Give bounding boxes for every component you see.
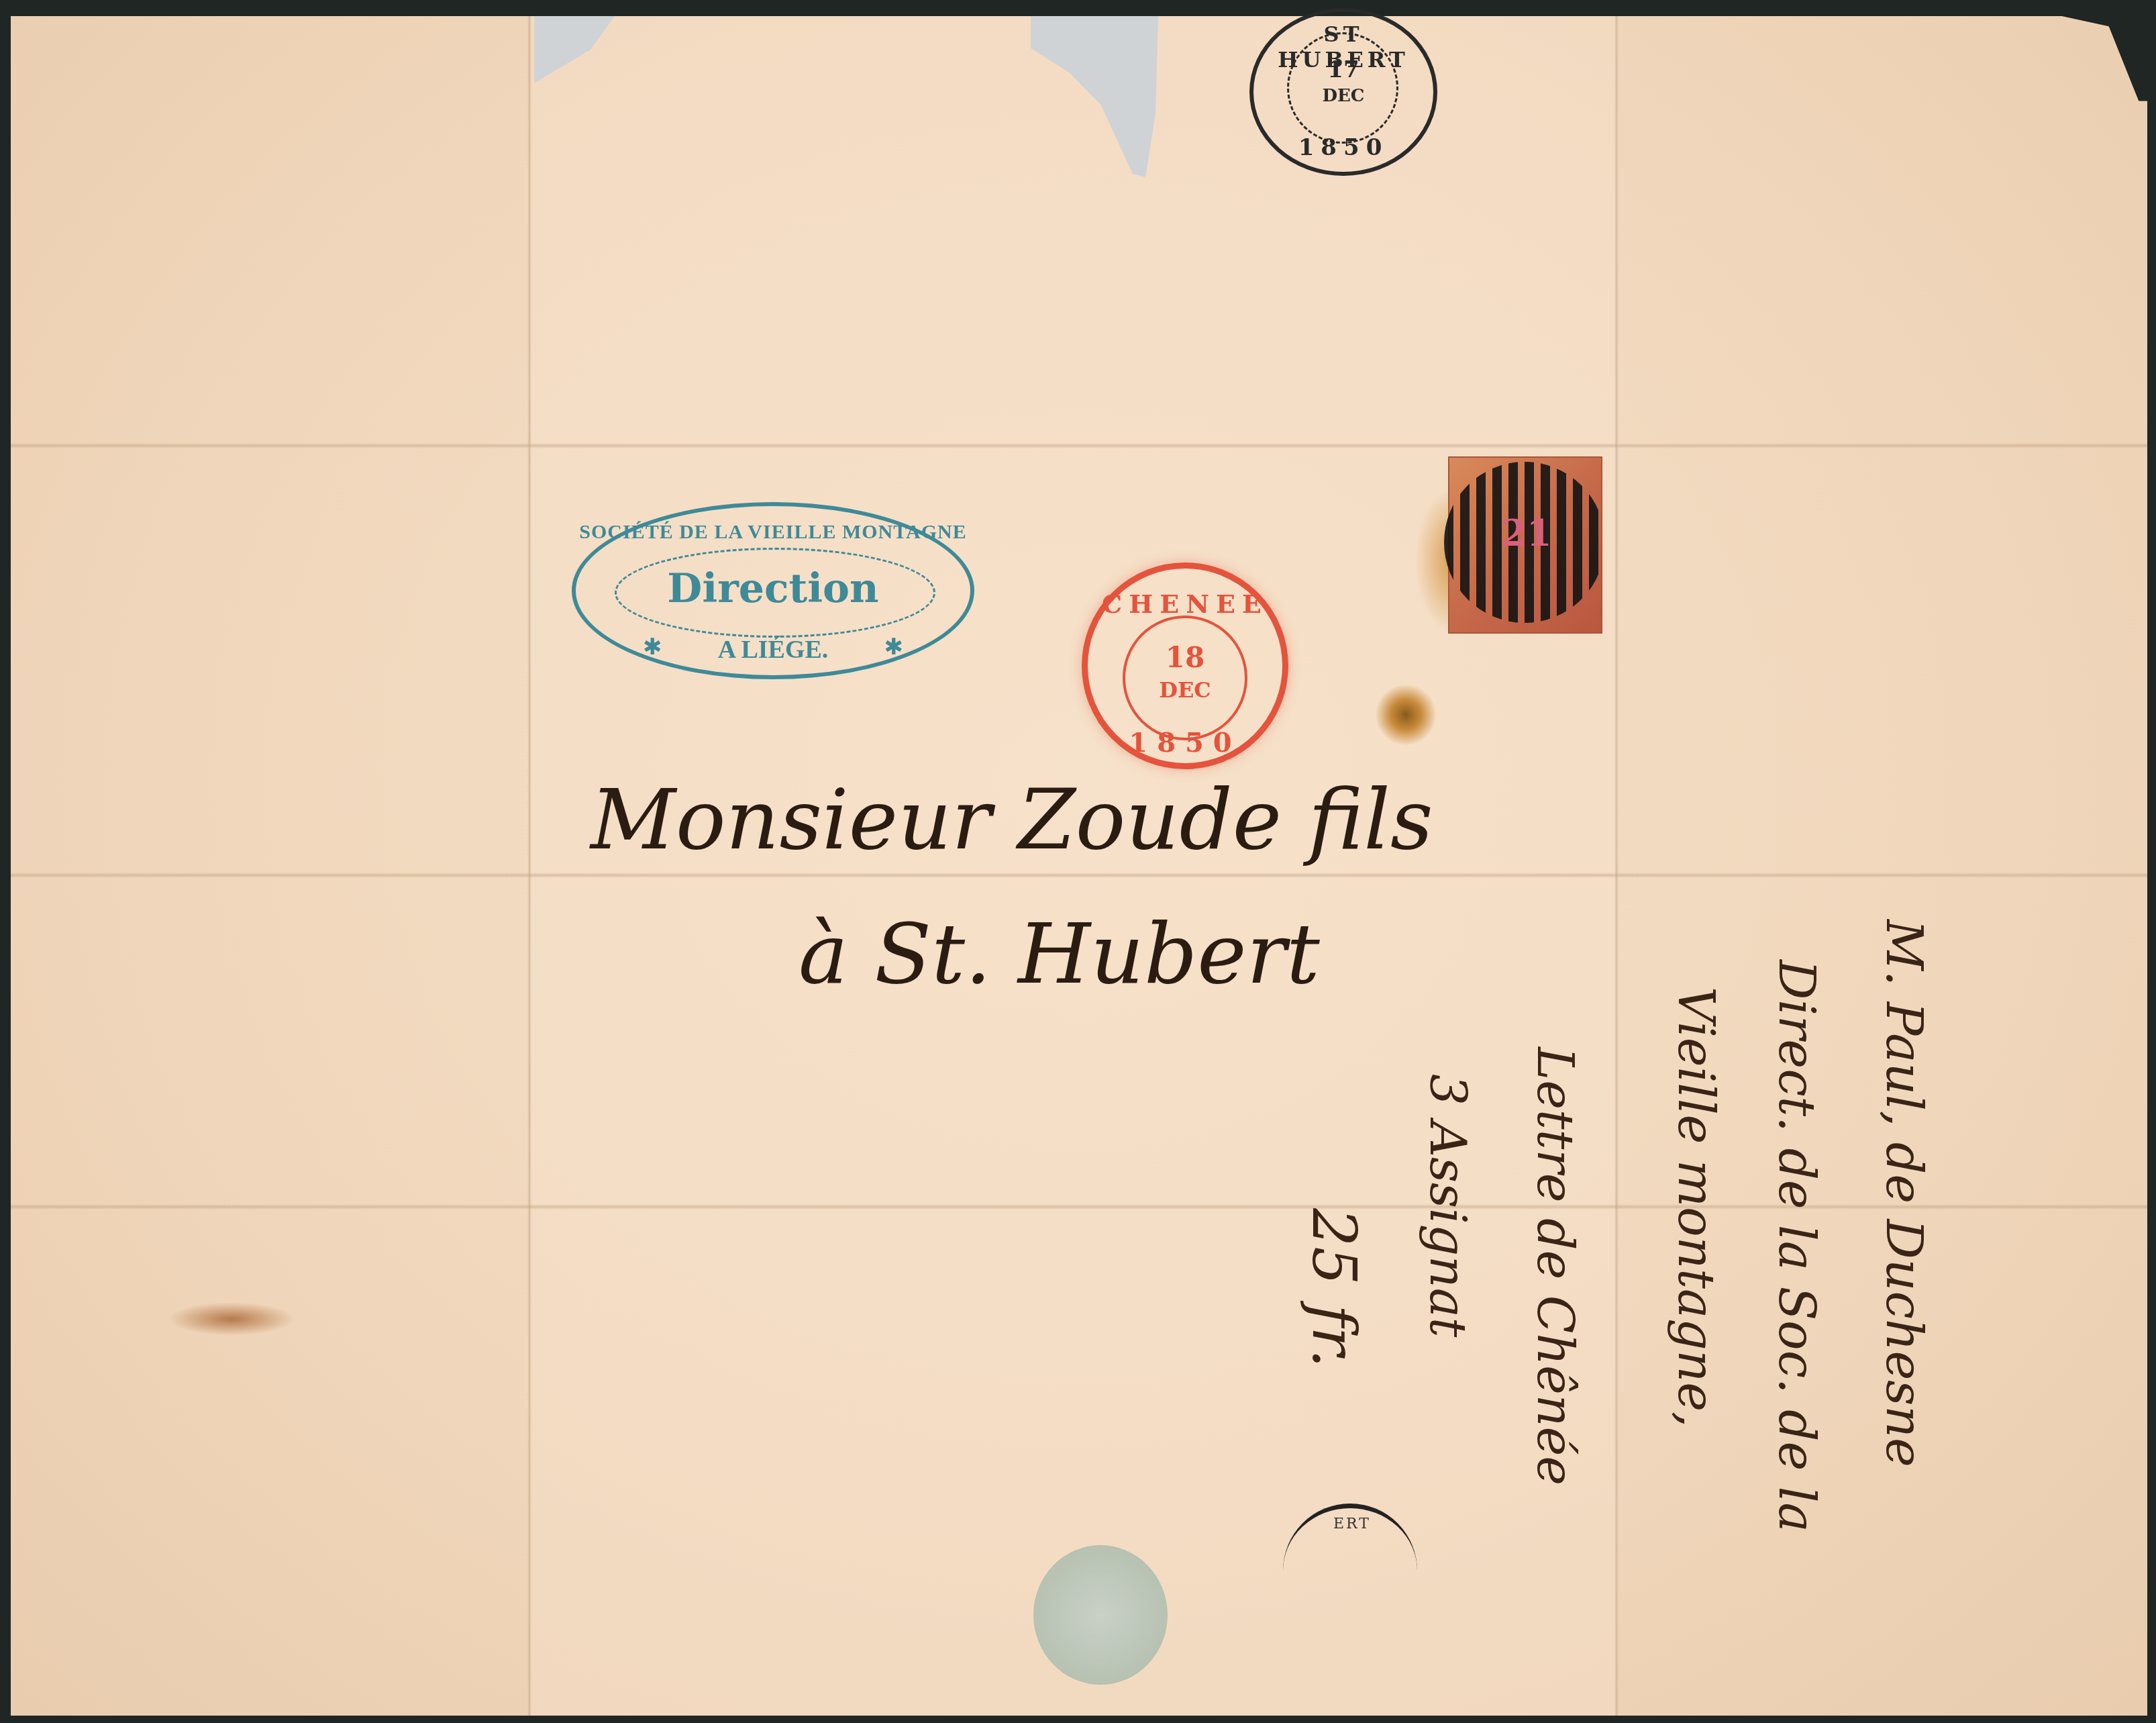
ink-stain [1376, 685, 1436, 745]
address-line-recipient: Monsieur Zoude fils [591, 772, 1433, 869]
departure-datestamp: CHENEE 18 DEC 1850 [1082, 562, 1288, 769]
docket-line-1: M. Paul, de Duchesne [1875, 920, 1933, 1467]
datestamp-year: 1850 [1253, 134, 1433, 161]
datestamp-month: DEC [1253, 86, 1433, 106]
cancel-number: 21 [1496, 511, 1557, 554]
handstamp-direction: Direction [576, 565, 970, 612]
fold-line-lower [11, 1204, 2147, 1210]
handstamp-company-name: SOCIÉTÉ DE LA VIEILLE MONTAGNE [576, 521, 970, 544]
wax-seal-remnant [1033, 1545, 1168, 1685]
company-handstamp: SOCIÉTÉ DE LA VIEILLE MONTAGNE Direction… [572, 502, 974, 679]
fold-line-right [1614, 16, 1619, 1716]
docket-line-2: Direct. de la Soc. de la [1767, 960, 1825, 1532]
water-stain [168, 1302, 295, 1336]
arrival-datestamp: ST HUBERT 17 DEC 1850 [1249, 8, 1437, 176]
datestamp-year: 1850 [1088, 727, 1282, 758]
datestamp-month: DEC [1088, 677, 1282, 703]
docket-line-3: Vieille montagne, [1667, 987, 1725, 1428]
docket-line-5: 3 Assignat [1419, 1074, 1476, 1338]
star-ornament-icon: ✱ [884, 634, 904, 660]
datestamp-day: 18 [1088, 641, 1282, 674]
datestamp-town: CHENEE [1088, 589, 1282, 619]
handstamp-city: A LIÉGE. [576, 635, 970, 664]
docket-line-4: Lettre de Chênée [1526, 1047, 1584, 1485]
fold-line-middle [11, 873, 2147, 878]
postage-stamp: 21 [1448, 456, 1602, 634]
fold-line-left [527, 16, 531, 1716]
address-line-destination: à St. Hubert [799, 906, 1320, 1003]
fold-line-upper [11, 443, 2147, 448]
datestamp-day: 17 [1253, 56, 1433, 83]
partial-backstamp-text: ERT [1308, 1516, 1396, 1532]
docket-line-6: 25 fr. [1298, 1208, 1369, 1368]
